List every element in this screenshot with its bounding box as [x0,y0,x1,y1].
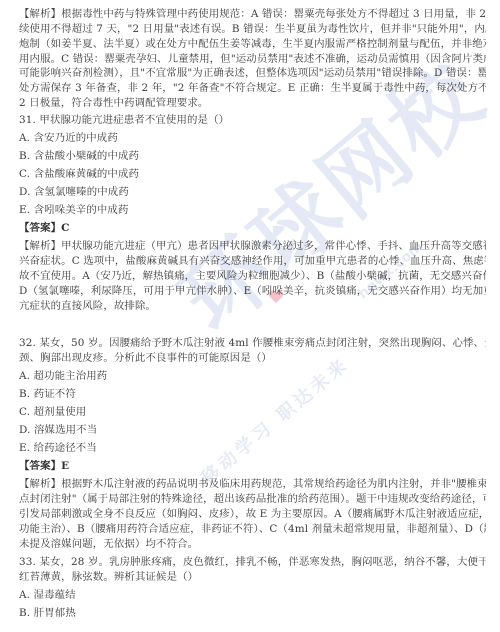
answer-label: 【答案】E [19,459,486,473]
document-page: 环球网校 移动学习 职达未来 hqwx.com 【解析】根据毒性中药与特殊管理中… [0,0,500,632]
analysis-line: 用内服。C 错误：罂粟壳孕妇、儿童禁用，但"运动员禁用"表述不准确，运动员需慎用… [19,52,486,66]
question-stem: 红苔薄黄，脉弦数。辨析其证候是（） [19,570,486,584]
option-b: B. 药证不符 [19,387,486,401]
analysis-line: 【解析】根据野木瓜注射液的药品说明书及临床用药规范，其常规给药途径为肌内注射，并… [19,477,486,491]
option-b: B. 肝胃郁热 [19,606,486,620]
option-e: E. 含吲哚美辛的中成药 [19,203,486,217]
analysis-line: 兴奋症状。C 选项中，盐酸麻黄碱具有兴奋交感神经作用，可加重甲亢患者的心悸、血压… [19,254,486,268]
question-stem: 31. 甲状腺功能亢进症患者不宜使用的是（） [19,113,486,127]
option-a: A. 湿毒蕴结 [19,588,486,602]
analysis-line: 2 日极量，符合毒性中药调配管理要求。 [19,96,486,110]
option-b: B. 含盐酸小檗碱的中成药 [19,149,486,163]
analysis-line: 亢症状的直接风险，故排除。 [19,299,486,313]
analysis-line: 未提及溶媒问题，无依据）均不符合。 [19,537,486,551]
analysis-line: 续使用不得超过 7 天，"2 日用量"表述有误。B 错误：生半夏虽为毒性饮片，但… [19,22,486,36]
option-a: A. 超功能主治用药 [19,369,486,383]
analysis-line: 【解析】根据毒性中药与特殊管理中药使用规范：A 错误：罂粟壳每张处方不得超过 3… [19,7,486,21]
analysis-line: 处方需保存 3 年备查，非 2 年，"2 年备查"不符合规定。E 正确：生半夏属… [19,81,486,95]
question-stem: 颈、胸部出现皮疹。分析此不良事件的可能原因是（） [19,351,486,365]
question-stem: 32. 某女，50 岁。因腰痛给予野木瓜注射液 4ml 作腰椎束旁痛点封闭注射，… [19,336,486,350]
option-c: C. 超剂量使用 [19,405,486,419]
analysis-line: 可能影响兴奋剂检测），且"不宜常服"为正确表述，但整体选项因"运动员禁用"错误排… [19,66,486,80]
analysis-line: 引发局部刺激或全身不良反应（如胸闷、皮疹），故 E 为主要原因。A（腰痛属野木瓜… [19,507,486,521]
analysis-line: D（氢氯噻嗪，利尿降压，可用于甲亢伴水肿）、E（吲哚美辛，抗炎镇痛，无交感兴奋作… [19,284,486,298]
analysis-line: 炮制（如姜半夏、法半夏）或在处方中配伍生姜等减毒，生半夏内服需严格控制剂量与配伍… [19,37,486,51]
analysis-line: 【解析】甲状腺功能亢进症（甲亢）患者因甲状腺激素分泌过多，常伴心悸、手抖、血压升… [19,239,486,253]
analysis-line: 故不宜使用。A（安乃近，解热镇痛，主要风险为粒细胞减少）、B（盐酸小檗碱，抗菌，… [19,269,486,283]
option-e: E. 给药途径不当 [19,441,486,455]
answer-label: 【答案】C [19,221,486,235]
option-a: A. 含安乃近的中成药 [19,131,486,145]
analysis-line: 点封闭注射"（属于局部注射的特殊途径，超出该药品批准的给药范围）。题干中违规改变… [19,492,486,506]
option-d: D. 溶媒选用不当 [19,423,486,437]
analysis-line: 功能主治）、B（腰痛用药符合适应症，非药证不符）、C（4ml 剂量未超常规用量，… [19,522,486,536]
question-stem: 33. 某女，28 岁。乳房肿胀疼痛，皮色微红，排乳不畅，伴恶寒发热，胸闷呕恶，… [19,555,486,569]
option-c: C. 含盐酸麻黄碱的中成药 [19,167,486,181]
option-d: D. 含氢氯噻嗪的中成药 [19,185,486,199]
